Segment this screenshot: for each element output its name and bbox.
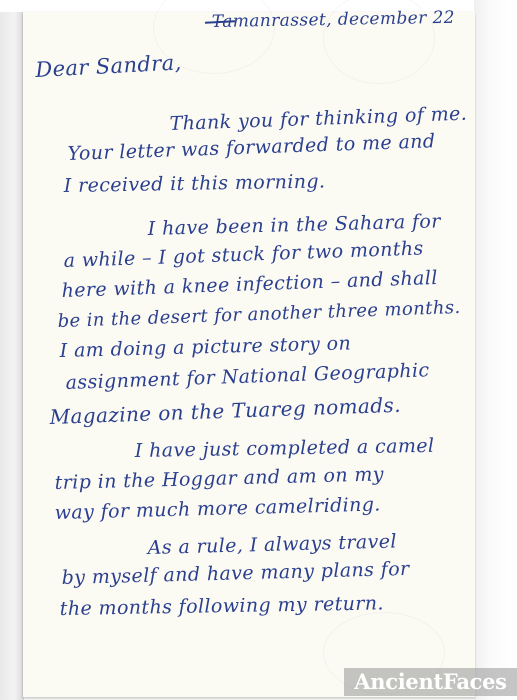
ancientfaces-watermark: AncientFaces bbox=[344, 668, 517, 696]
scan-background-right bbox=[474, 0, 517, 700]
letter-place-date: Tamanrasset, december 22 bbox=[212, 8, 455, 32]
letter-line: I received it this morning. bbox=[64, 170, 326, 197]
watermark-text: AncientFaces bbox=[354, 669, 506, 694]
scan-background-left bbox=[0, 12, 24, 700]
